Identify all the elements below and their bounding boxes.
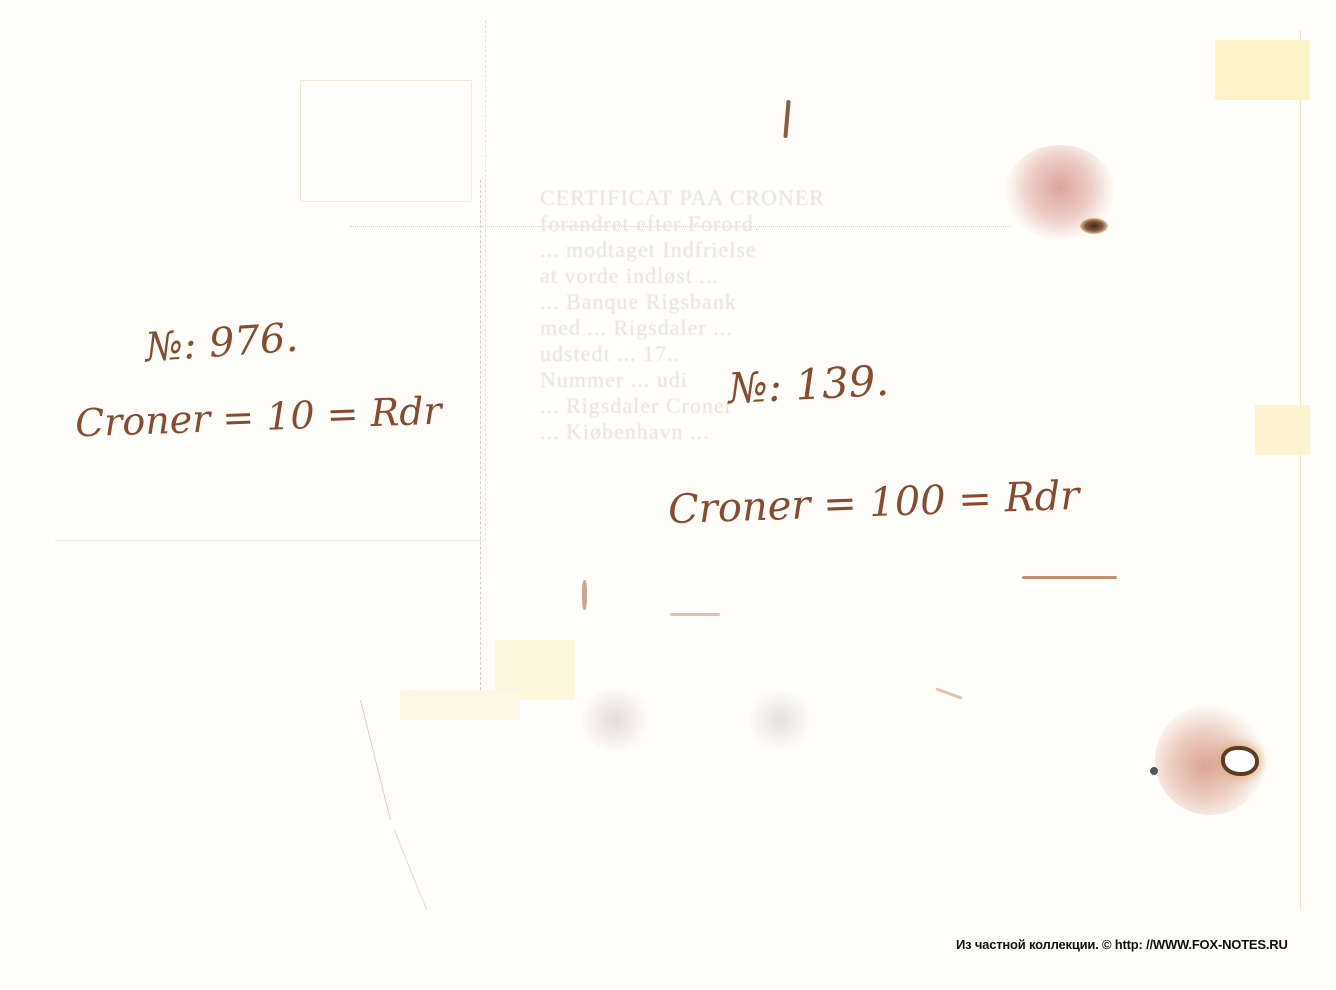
ink-dot xyxy=(1150,767,1158,775)
faint-stain-1 xyxy=(575,690,655,750)
yellow-tint-right xyxy=(1255,405,1310,455)
burn-mark-top xyxy=(1080,218,1108,234)
faint-stain-2 xyxy=(745,690,815,750)
document-scan: CERTIFICAT PAA CRONER forandret efter Fo… xyxy=(0,0,1336,990)
paper-slip-outline xyxy=(300,80,472,202)
ink-stroke-top xyxy=(783,100,790,138)
ink-stroke-arc xyxy=(582,580,587,610)
yellow-tint-lower xyxy=(400,690,520,720)
paper-lower-flap-2 xyxy=(394,830,517,910)
show-through-print: CERTIFICAT PAA CRONER forandret efter Fo… xyxy=(540,185,1010,525)
burn-hole xyxy=(1225,750,1255,772)
ink-stroke-right xyxy=(1022,576,1117,579)
collection-caption: Из частной коллекции. © http: //WWW.FOX-… xyxy=(956,937,1288,952)
yellow-tint-top-right xyxy=(1215,40,1310,100)
paper-right-edge xyxy=(1290,30,1301,910)
handwritten-number-right: №: 139. xyxy=(727,356,890,413)
ink-stroke-faint xyxy=(670,613,720,616)
